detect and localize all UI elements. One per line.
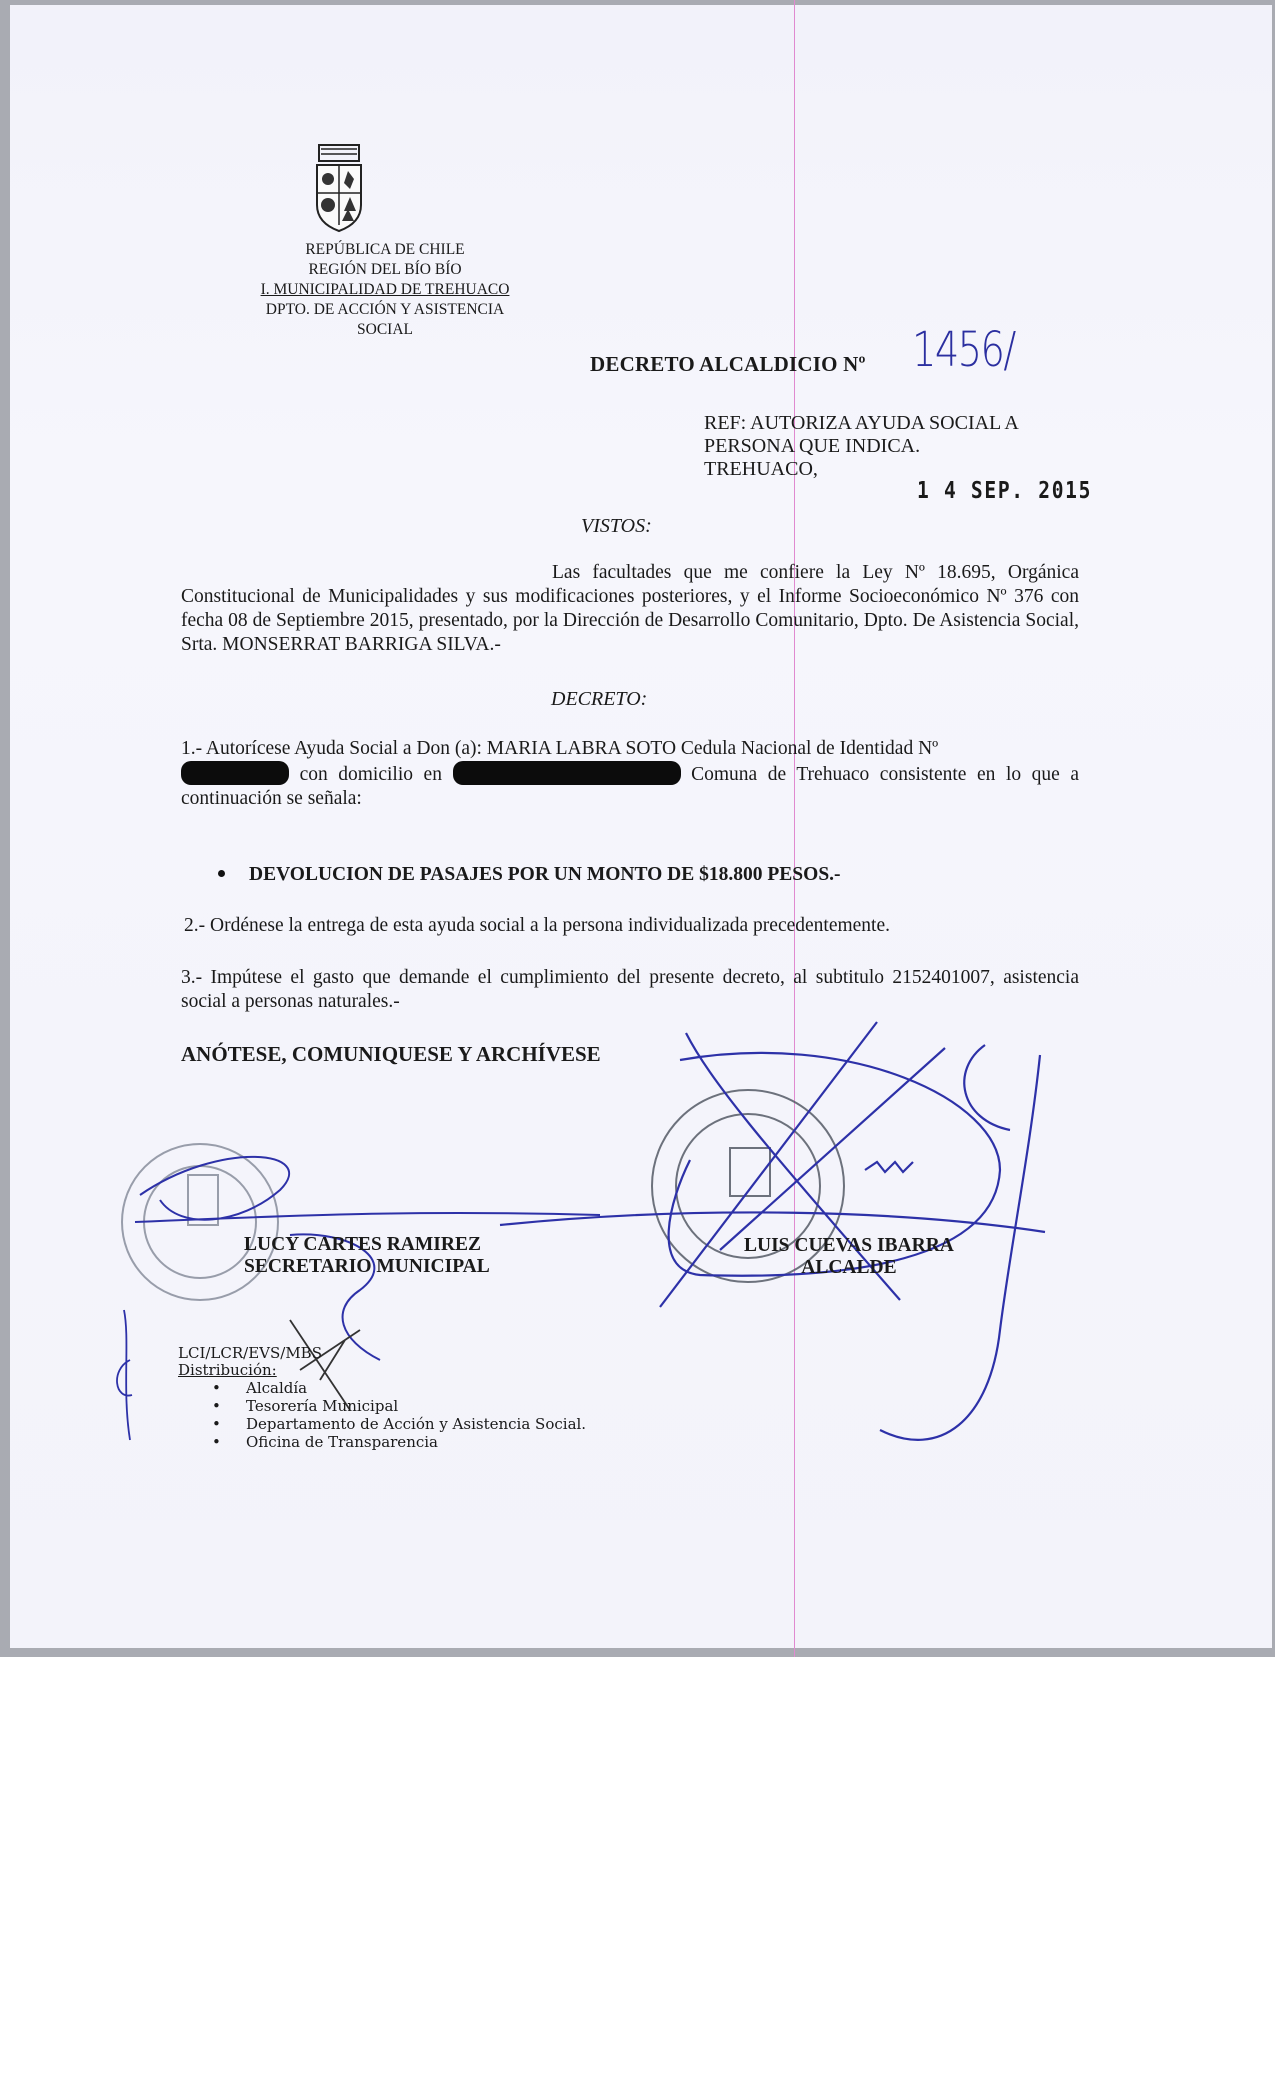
decree-item-3: 3.- Impútese el gasto que demande el cum…: [181, 966, 1079, 1014]
distribution-title: Distribución:: [178, 1362, 586, 1379]
decreto-heading: DECRETO:: [551, 688, 647, 711]
decree-number-handwritten: 1456/: [912, 322, 1015, 378]
vistos-heading: VISTOS:: [581, 515, 652, 538]
author-initials: LCI/LCR/EVS/MBS: [178, 1345, 586, 1362]
distribution-item: Tesorería Municipal: [212, 1397, 586, 1415]
aid-description: DEVOLUCION DE PASAJES POR UN MONTO DE $1…: [249, 864, 841, 885]
decree-reference: REF: AUTORIZA AYUDA SOCIAL A PERSONA QUE…: [704, 412, 1019, 481]
vistos-paragraph: Las facultades que me confiere la Ley Nº…: [181, 561, 1079, 657]
distribution-item: Alcaldía: [212, 1379, 586, 1397]
secretary-name: LUCY CARTES RAMIREZ: [244, 1234, 490, 1256]
item1-text-a: 1.- Autorícese Ayuda Social a Don (a): M…: [181, 738, 938, 759]
decree-item-1: 1.- Autorícese Ayuda Social a Don (a): M…: [181, 737, 1079, 811]
mayor-name: LUIS CUEVAS IBARRA: [744, 1235, 954, 1257]
distribution-item: Departamento de Acción y Asistencia Soci…: [212, 1415, 586, 1433]
bullet-icon: [218, 870, 225, 877]
coat-of-arms-icon: [311, 143, 367, 233]
closing-formula: ANÓTESE, COMUNIQUESE Y ARCHÍVESE: [181, 1042, 601, 1067]
institution-header: REPÚBLICA DE CHILE REGIÓN DEL BÍO BÍO I.…: [240, 240, 530, 340]
distribution-item: Oficina de Transparencia: [212, 1433, 586, 1451]
footer-block: LCI/LCR/EVS/MBS Distribución: Alcaldía T…: [178, 1345, 586, 1451]
mayor-signature-block: LUIS CUEVAS IBARRA ALCALDE: [744, 1235, 954, 1279]
item1-text-b: con domicilio en: [300, 764, 442, 785]
secretary-role: SECRETARIO MUNICIPAL: [244, 1256, 490, 1278]
ref-line-2: PERSONA QUE INDICA.: [704, 435, 1019, 458]
header-line-municipality: I. MUNICIPALIDAD DE TREHUACO: [240, 280, 530, 300]
redacted-address: [453, 761, 681, 785]
header-line-department: DPTO. DE ACCIÓN Y ASISTENCIA SOCIAL: [240, 300, 530, 340]
distribution-list: Alcaldía Tesorería Municipal Departament…: [212, 1379, 586, 1451]
date-stamp: 1 4 SEP. 2015: [917, 478, 1092, 504]
fold-line: [794, 0, 795, 1657]
mayor-role: ALCALDE: [744, 1257, 954, 1279]
header-line-region: REGIÓN DEL BÍO BÍO: [240, 260, 530, 280]
decree-title: DECRETO ALCALDICIO Nº: [590, 352, 866, 377]
ref-line-1: REF: AUTORIZA AYUDA SOCIAL A: [704, 412, 1019, 435]
aid-bullet: DEVOLUCION DE PASAJES POR UN MONTO DE $1…: [218, 864, 841, 886]
redacted-id-number: [181, 761, 289, 785]
secretary-signature-block: LUCY CARTES RAMIREZ SECRETARIO MUNICIPAL: [244, 1234, 490, 1278]
decree-item-2: 2.- Ordénese la entrega de esta ayuda so…: [184, 914, 1082, 938]
header-line-country: REPÚBLICA DE CHILE: [240, 240, 530, 260]
